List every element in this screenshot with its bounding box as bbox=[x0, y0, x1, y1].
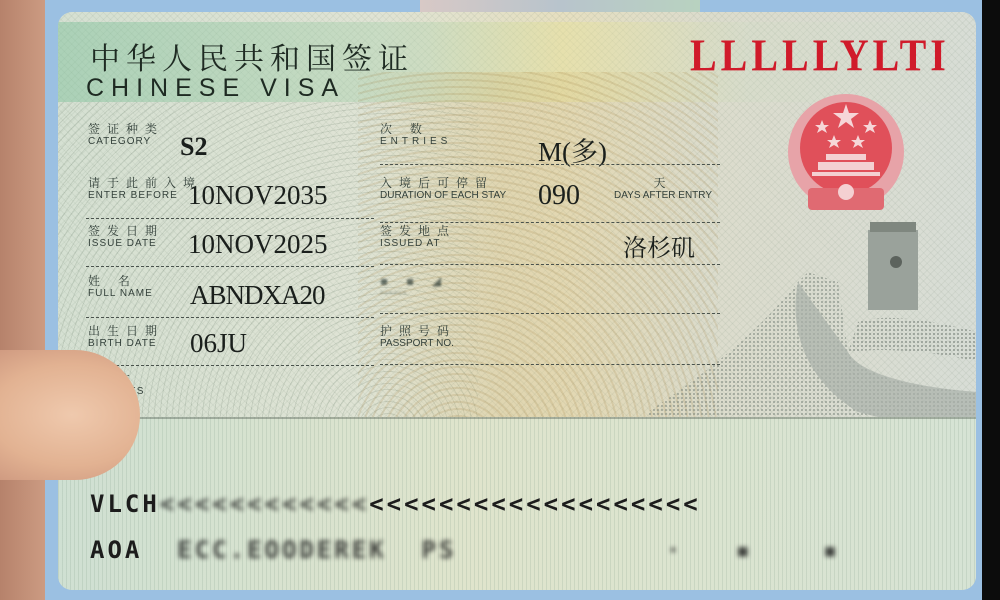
mrz-line-2: AOA ECC.EOODEREK PS · ▪ ▪ bbox=[90, 536, 840, 564]
obscured-field-label: ▪ ▪ ◢ ▫▫▫▫▫▫ bbox=[380, 274, 448, 300]
duration-value: 090 bbox=[538, 180, 580, 212]
category-label: 签证种类 CATEGORY bbox=[88, 122, 164, 148]
duration-label: 入境后可停留 DURATION OF EACH STAY bbox=[380, 176, 506, 202]
divider bbox=[86, 266, 374, 267]
duration-unit: 天 DAYS AFTER ENTRY bbox=[603, 176, 723, 202]
divider bbox=[86, 218, 374, 219]
thumb bbox=[0, 350, 140, 480]
photo-edge bbox=[982, 0, 1000, 600]
birth-date-label: 出生日期 BIRTH DATE bbox=[88, 324, 164, 350]
category-value: S2 bbox=[180, 132, 207, 162]
mrz-line-1: VLCH<<<<<<<<<<<<<<<<<<<<<<<<<<<<<<< bbox=[90, 490, 701, 518]
divider bbox=[380, 164, 720, 165]
visa-title-english: CHINESE VISA bbox=[86, 74, 345, 103]
divider bbox=[86, 317, 374, 318]
issue-date-label: 签发日期 ISSUE DATE bbox=[88, 224, 164, 250]
visa-number: LLLLLYLTI bbox=[690, 28, 950, 82]
visa-title-chinese: 中华人民共和国签证 bbox=[90, 34, 414, 78]
divider bbox=[86, 365, 374, 366]
finger bbox=[0, 0, 45, 600]
passport-no-label: 护照号码 PASSPORT NO. bbox=[380, 324, 456, 350]
full-name-value: ABNDXA20 bbox=[190, 280, 325, 311]
issued-at-label: 签发地点 ISSUED AT bbox=[380, 224, 456, 250]
issue-date-value: 10NOV2025 bbox=[188, 229, 328, 260]
great-wall-illustration-icon bbox=[648, 212, 976, 422]
enter-before-label: 请于此前入境 ENTER BEFORE bbox=[88, 176, 202, 202]
mrz-separator bbox=[58, 417, 976, 419]
enter-before-value: 10NOV2035 bbox=[188, 180, 328, 211]
full-name-label: 姓 名 FULL NAME bbox=[88, 274, 153, 300]
visa-sticker: 中华人民共和国签证 CHINESE VISA LLLLLYLTI 签证种类 CA… bbox=[58, 12, 976, 590]
entries-label: 次 数 ENTRIES bbox=[380, 122, 451, 148]
national-emblem-icon bbox=[786, 90, 906, 218]
birth-date-value: 06JU bbox=[190, 328, 247, 359]
